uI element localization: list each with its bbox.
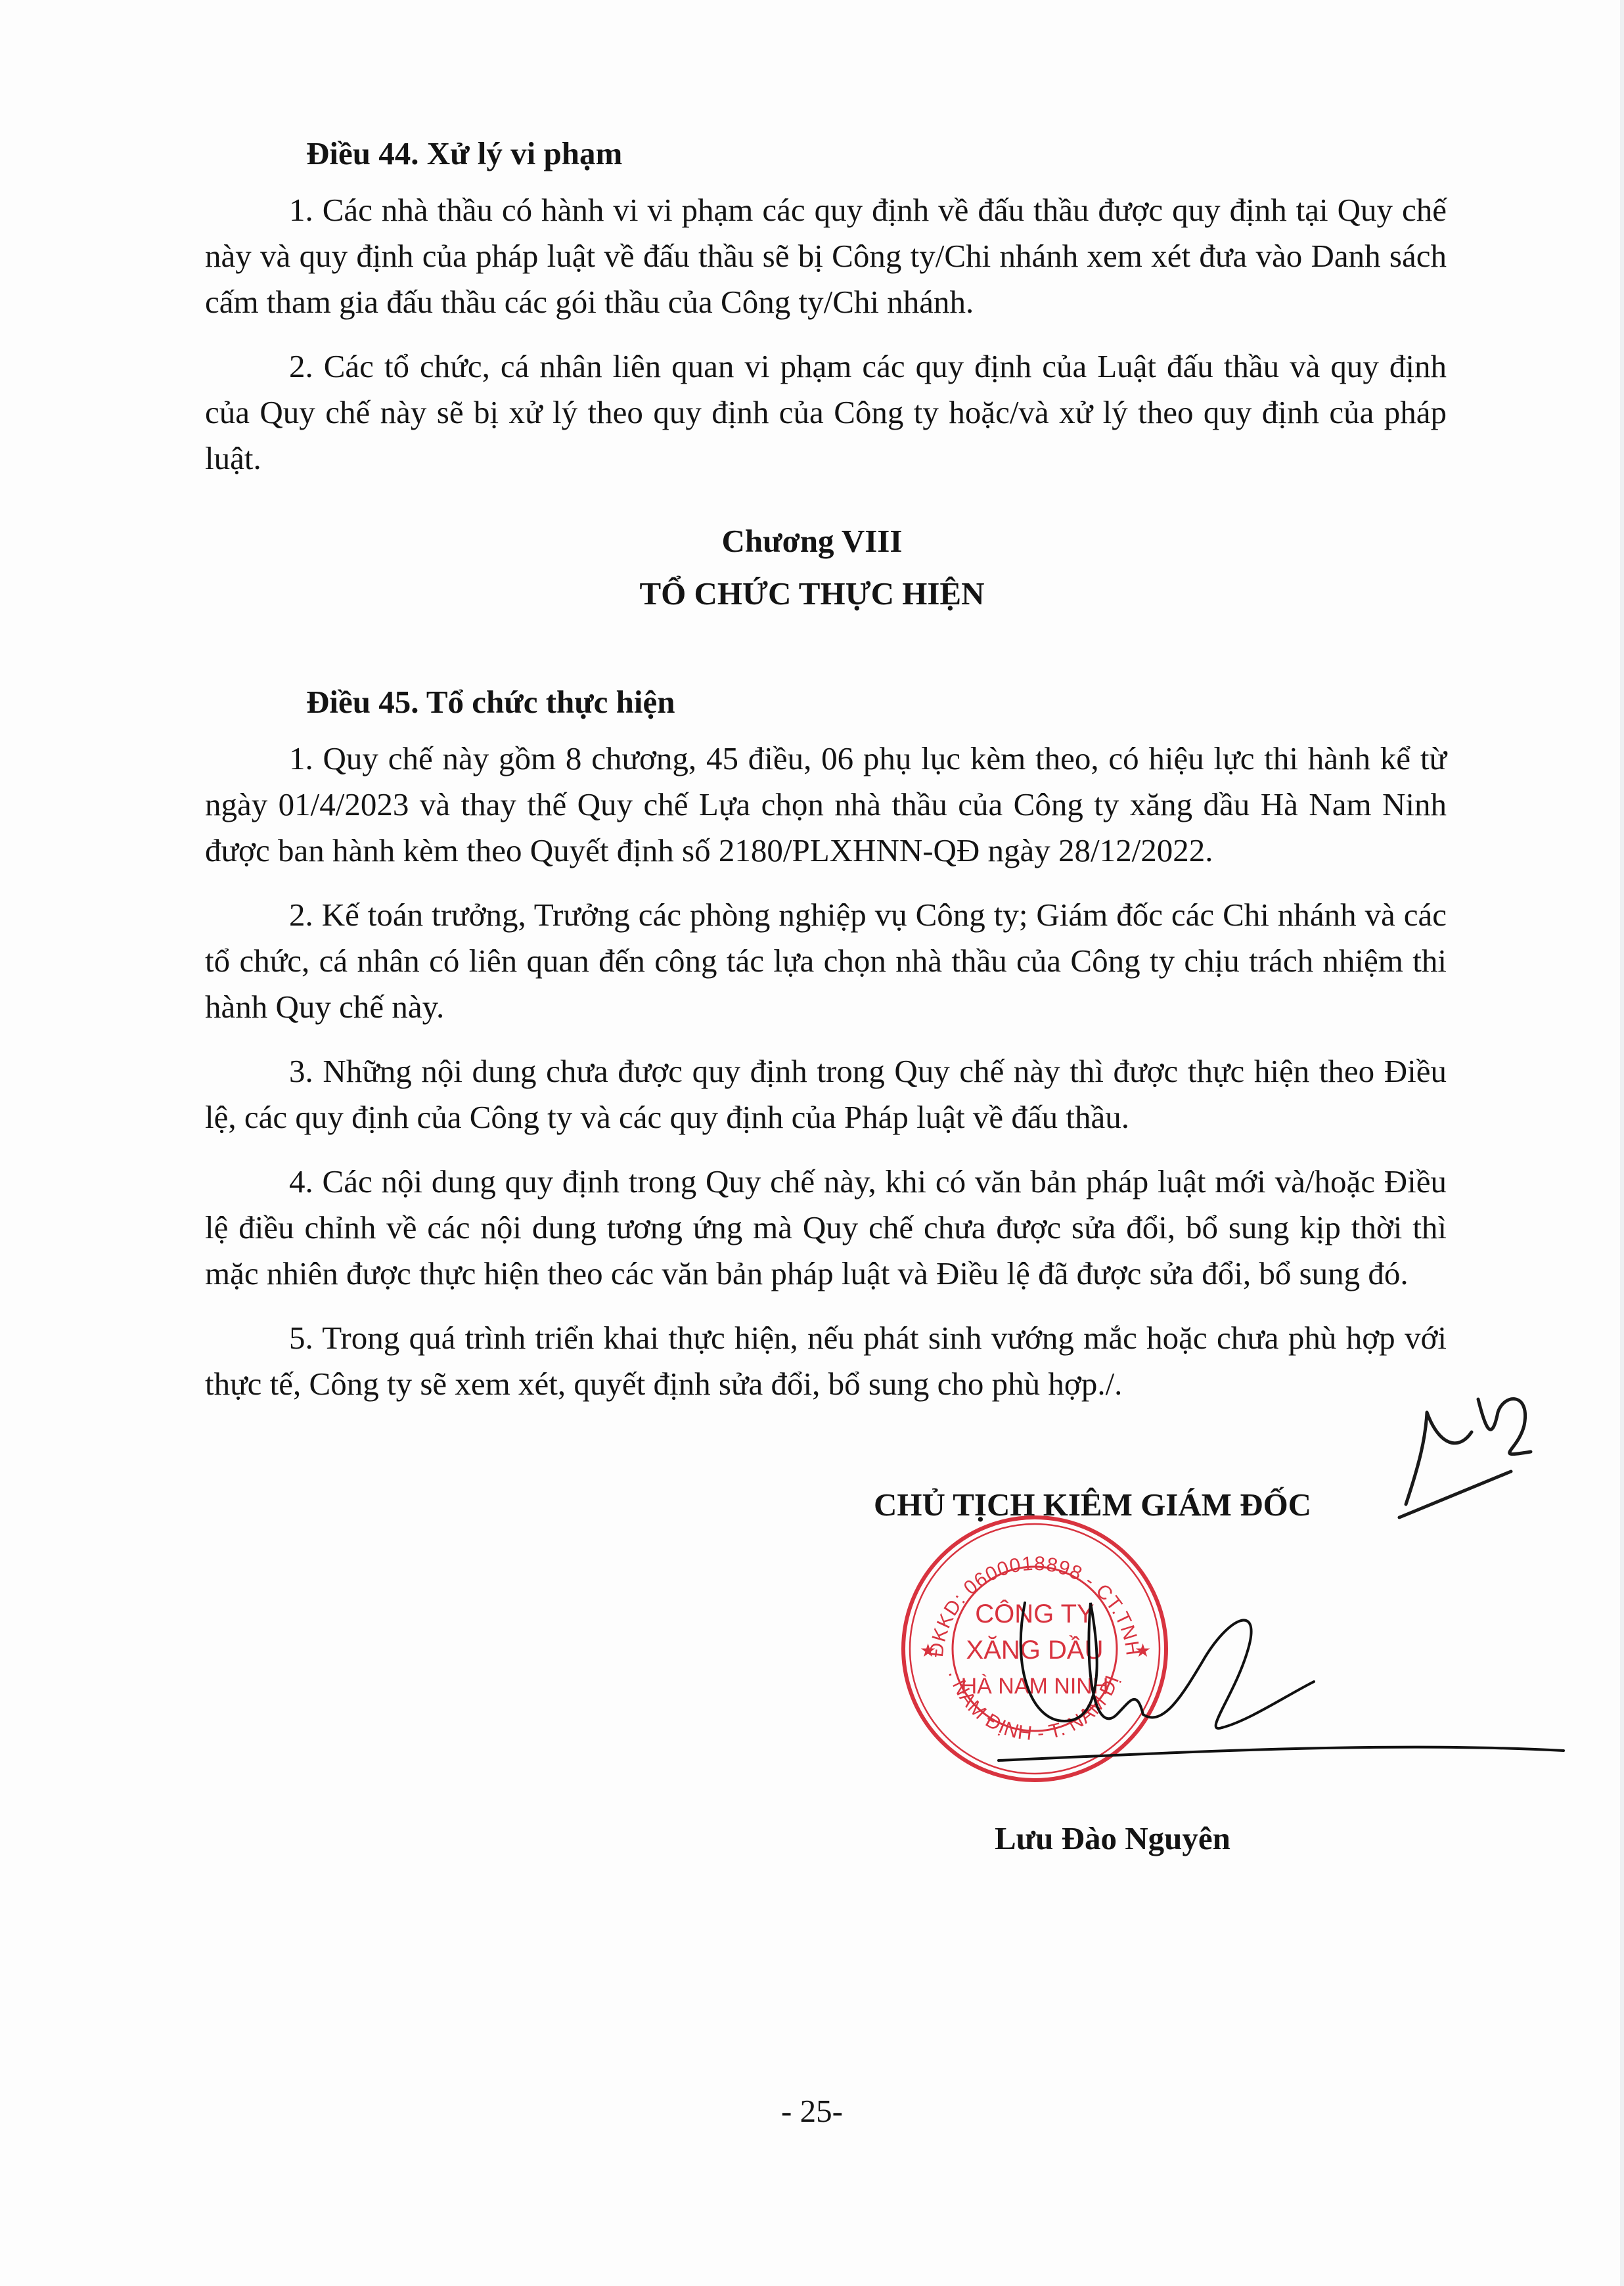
article-45-heading: Điều 45. Tổ chức thực hiện xyxy=(306,683,675,721)
article-45-paragraph-1: 1. Quy chế này gồm 8 chương, 45 điều, 06… xyxy=(205,736,1447,874)
article-44-paragraph-1: 1. Các nhà thầu có hành vi vi phạm các q… xyxy=(205,187,1447,325)
page-number: - 25- xyxy=(0,2092,1624,2130)
scan-edge xyxy=(1620,0,1624,2286)
svg-text:★: ★ xyxy=(920,1640,936,1661)
article-45-paragraph-3: 3. Những nội dung chưa được quy định tro… xyxy=(205,1048,1447,1140)
chapter-number: Chương VIII xyxy=(0,522,1624,560)
article-45-body: 1. Quy chế này gồm 8 chương, 45 điều, 06… xyxy=(205,736,1447,1425)
article-45-paragraph-4: 4. Các nội dung quy định trong Quy chế n… xyxy=(205,1159,1447,1297)
initials-signature-icon xyxy=(1380,1373,1537,1531)
signatory-name: Lưu Đào Nguyên xyxy=(995,1820,1230,1857)
article-44-paragraph-2: 2. Các tổ chức, cá nhân liên quan vi phạ… xyxy=(205,344,1447,482)
chapter-title: TỔ CHỨC THỰC HIỆN xyxy=(0,575,1624,612)
article-45-paragraph-5: 5. Trong quá trình triển khai thực hiện,… xyxy=(205,1315,1447,1407)
document-page: Điều 44. Xử lý vi phạm 1. Các nhà thầu c… xyxy=(0,0,1624,2286)
article-44-heading: Điều 44. Xử lý vi phạm xyxy=(306,135,622,172)
article-44-body: 1. Các nhà thầu có hành vi vi phạm các q… xyxy=(205,187,1447,500)
handwritten-signature-icon xyxy=(985,1563,1577,1774)
article-45-paragraph-2: 2. Kế toán trưởng, Trưởng các phòng nghi… xyxy=(205,892,1447,1030)
